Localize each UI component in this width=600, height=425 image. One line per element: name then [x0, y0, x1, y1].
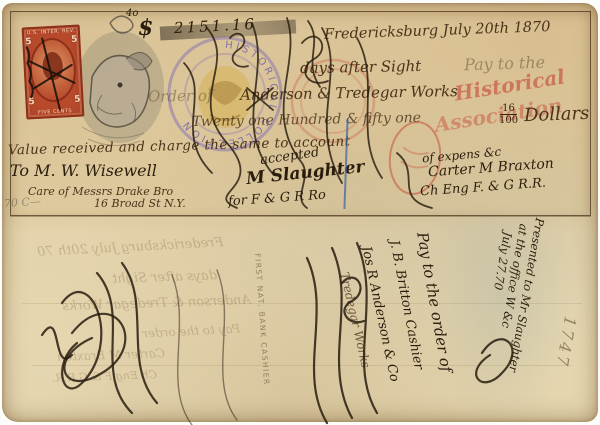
front-ink-scrawls [2, 3, 600, 215]
paper-sheet: Fredericksburg July 20th 70 days after S… [2, 3, 598, 422]
back-ink-scrawls [2, 215, 600, 425]
scanned-check-1870: Fredericksburg July 20th 70 days after S… [0, 0, 600, 425]
